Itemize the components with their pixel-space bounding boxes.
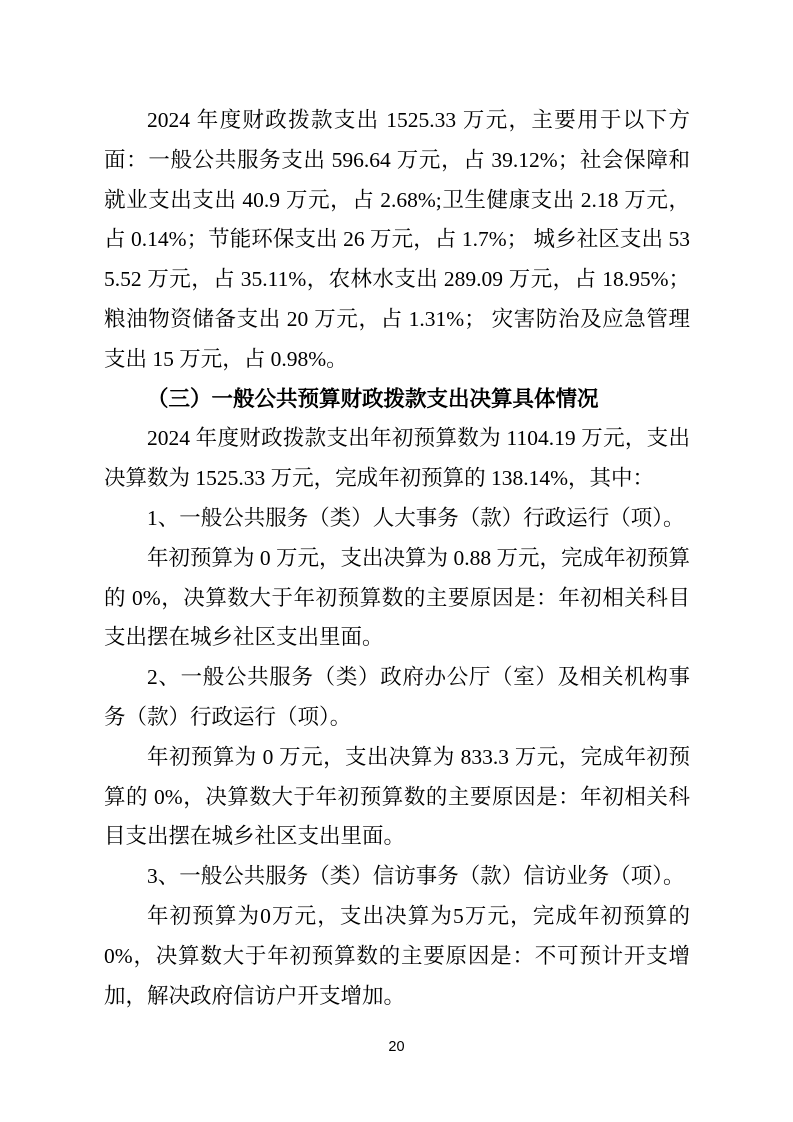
document-content: 2024 年度财政拨款支出 1525.33 万元，主要用于以下方面：一般公共服务… <box>104 101 690 1016</box>
paragraph-item-3-title: 3、一般公共服务（类）信访事务（款）信访业务（项）。 <box>104 857 690 897</box>
paragraph-item-3-detail: 年初预算为0万元，支出决算为5万元，完成年初预算的0%，决算数大于年初预算数的主… <box>104 897 690 1016</box>
section-heading-general-public-budget-details: （三）一般公共预算财政拨款支出决算具体情况 <box>104 380 690 420</box>
paragraph-item-1-title: 1、一般公共服务（类）人大事务（款）行政运行（项）。 <box>104 499 690 539</box>
paragraph-budget-vs-final-accounts: 2024 年度财政拨款支出年初预算数为 1104.19 万元，支出决算数为 15… <box>104 419 690 499</box>
paragraph-item-2-title: 2、一般公共服务（类）政府办公厅（室）及相关机构事务（款）行政运行（项）。 <box>104 658 690 738</box>
paragraph-item-1-detail: 年初预算为 0 万元，支出决算为 0.88 万元，完成年初预算的 0%，决算数大… <box>104 539 690 658</box>
paragraph-item-2-detail: 年初预算为 0 万元，支出决算为 833.3 万元，完成年初预算的 0%，决算数… <box>104 738 690 857</box>
paragraph-fiscal-expenditure-overview: 2024 年度财政拨款支出 1525.33 万元，主要用于以下方面：一般公共服务… <box>104 101 690 380</box>
page-number: 20 <box>0 1038 793 1056</box>
document-page: 2024 年度财政拨款支出 1525.33 万元，主要用于以下方面：一般公共服务… <box>0 0 793 1122</box>
